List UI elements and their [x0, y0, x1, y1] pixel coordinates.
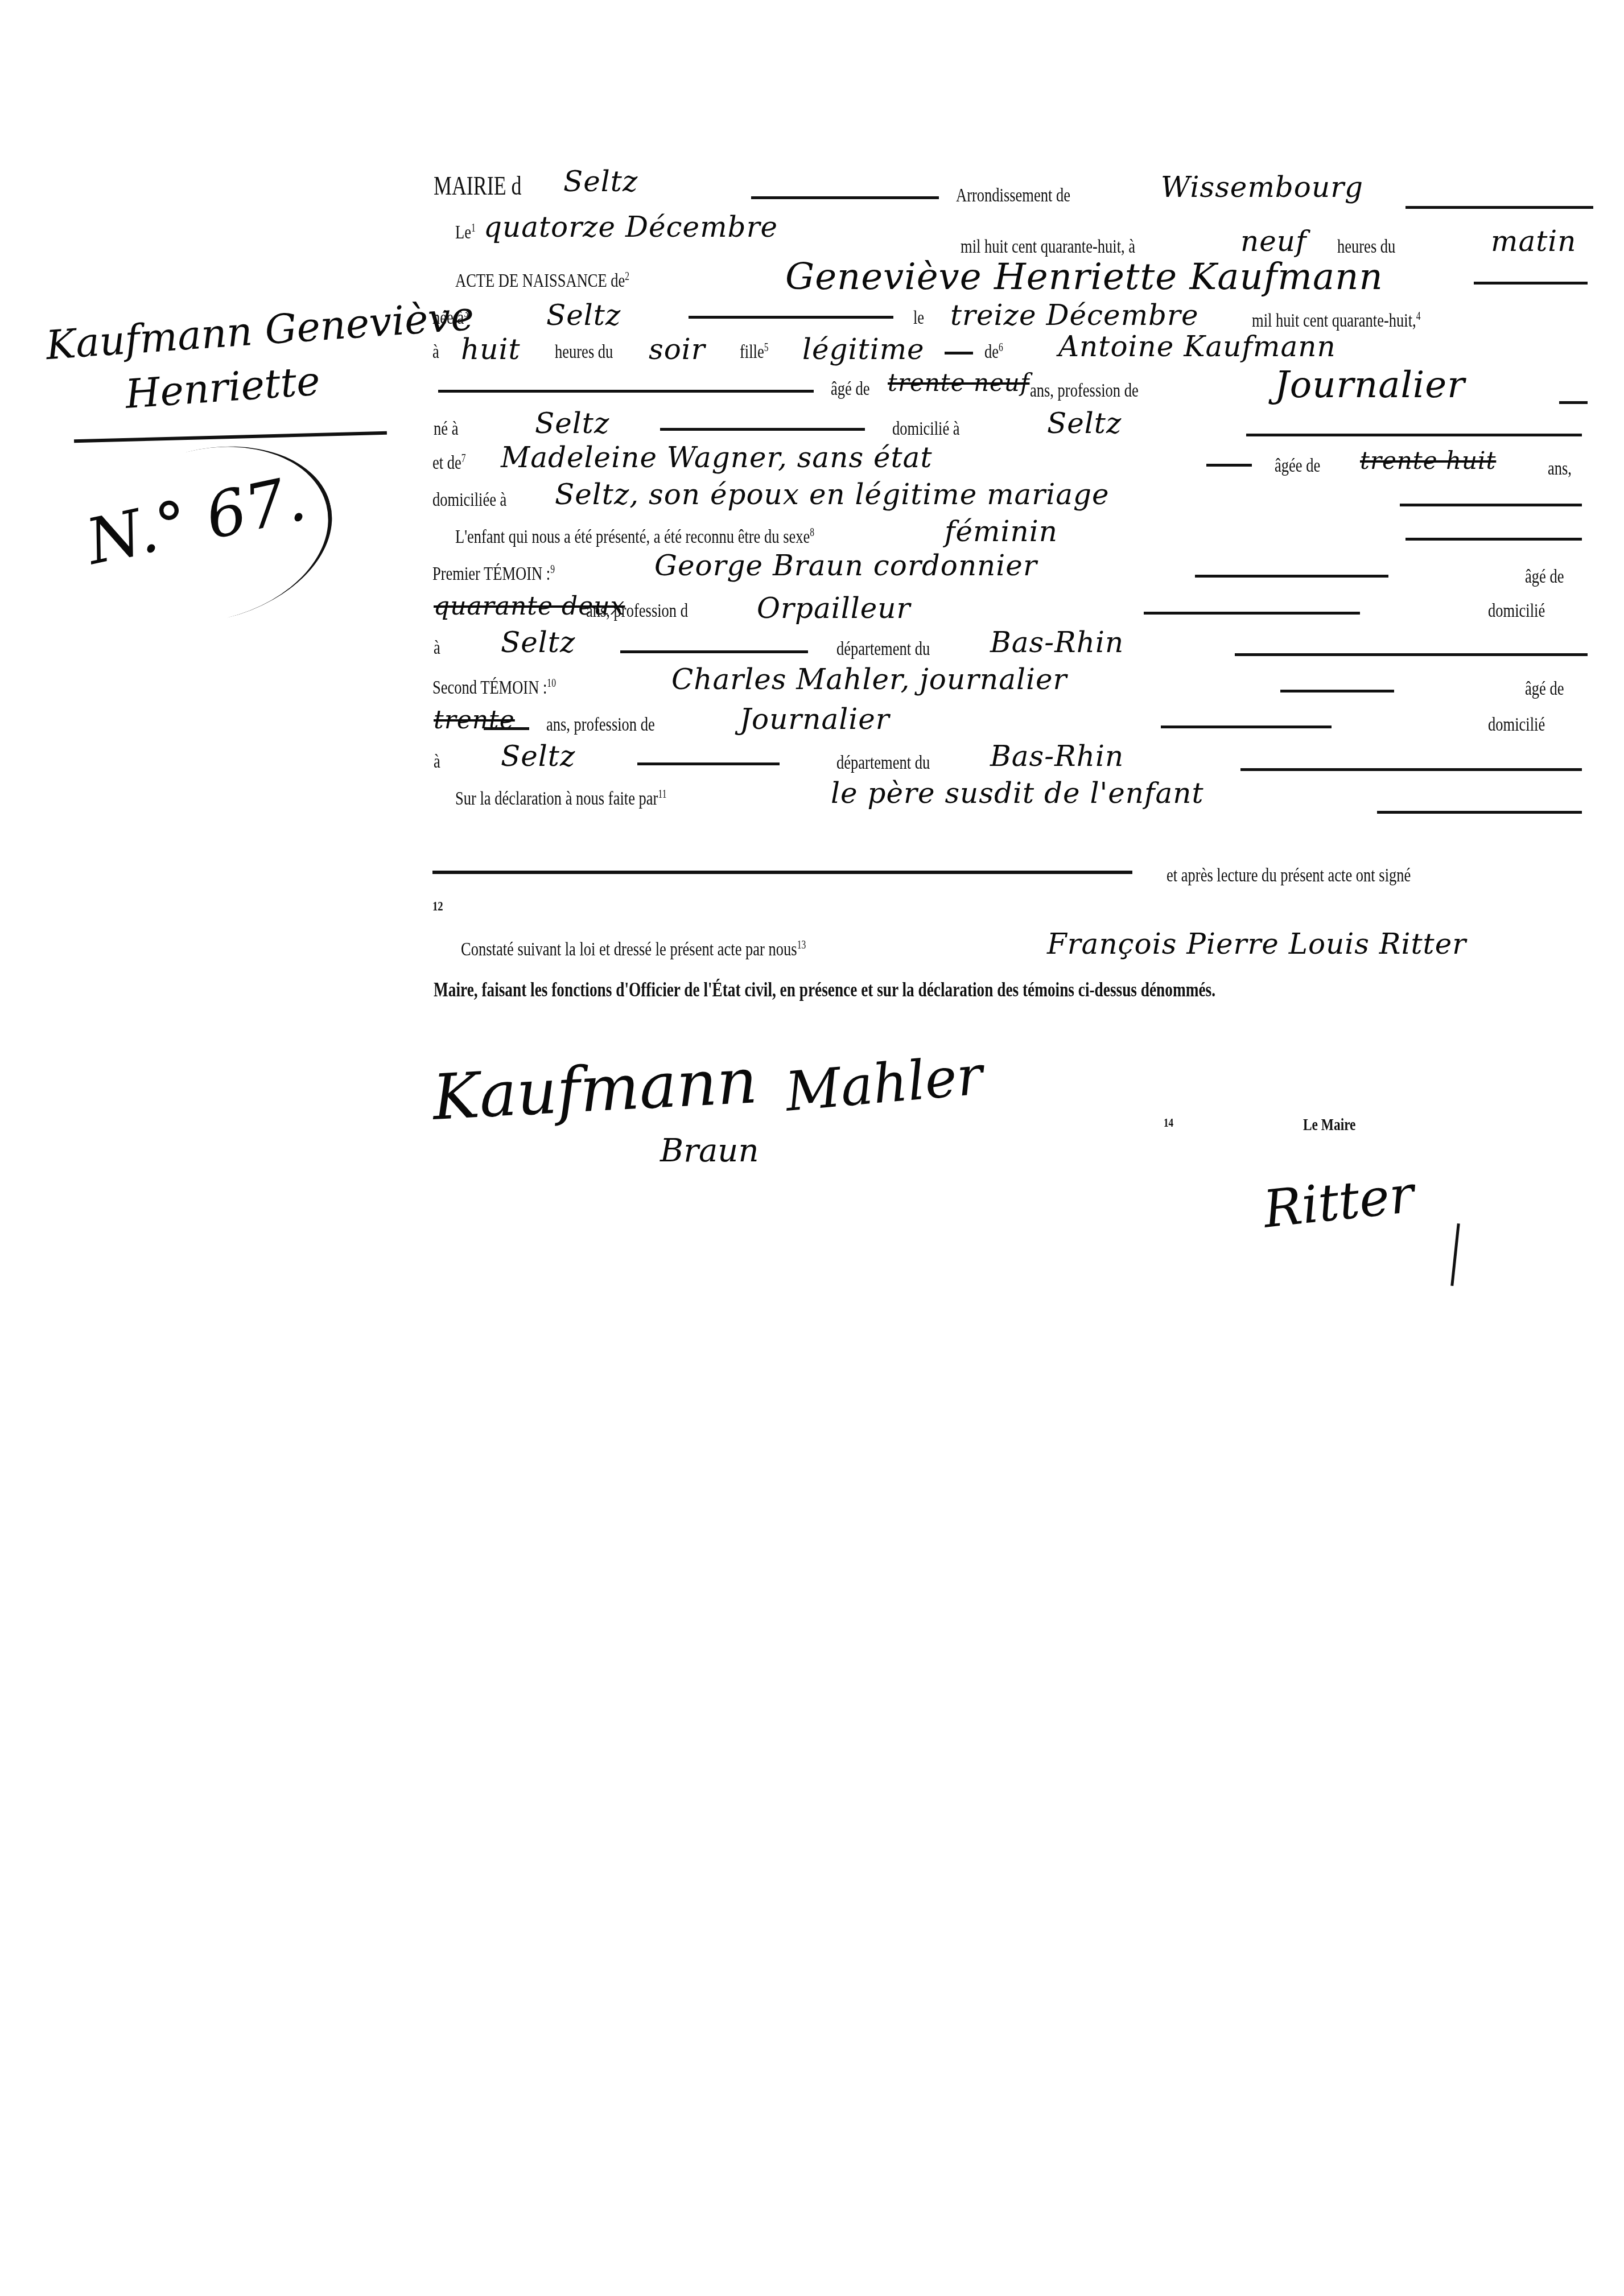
witness2-dept: Bas-Rhin	[990, 740, 1124, 773]
witness2-age-label: âgé de	[1525, 678, 1564, 700]
declaration-date: quatorze Décembre	[484, 211, 778, 244]
rule	[1144, 612, 1360, 615]
hour-label: heures du	[1337, 236, 1395, 258]
mairie-value: Seltz	[563, 165, 638, 198]
birth-certificate-page: Kaufmann Geneviève Henriette N.° 67. MAI…	[0, 0, 1624, 2296]
rule	[1280, 690, 1394, 692]
child-name: Geneviève Henriette Kaufmann	[785, 256, 1383, 298]
father-birthplace: Seltz	[535, 407, 609, 440]
father-age-label: âgé de	[831, 378, 869, 400]
signature-witness1: Braun	[660, 1132, 759, 1169]
rule	[432, 871, 1132, 874]
birth-hour: huit	[461, 333, 521, 366]
father-age: trente neuf	[888, 369, 1029, 397]
le-label: Le1	[455, 222, 476, 244]
year2-label: mil huit cent quarante-huit,4	[1252, 310, 1420, 332]
footnote-12: 12	[432, 899, 443, 914]
rule	[1235, 653, 1588, 656]
mother-domicile-label: domiciliée à	[432, 489, 506, 511]
arrondissement-label: Arrondissement de	[956, 185, 1070, 207]
rule	[1377, 811, 1582, 814]
mairie-label: MAIRIE d	[434, 171, 521, 201]
rule	[438, 390, 814, 393]
signature-witness2: Mahler	[783, 1044, 985, 1124]
witness1-at-label: à	[434, 637, 440, 659]
sex-value: féminin	[945, 515, 1058, 548]
officer-name: François Pierre Louis Ritter	[1047, 928, 1466, 961]
margin-divider	[74, 431, 387, 443]
arrondissement-value: Wissembourg	[1161, 171, 1363, 204]
rule	[1246, 434, 1582, 436]
hours-label: heures du	[555, 341, 613, 363]
witness2-dept-label: département du	[836, 752, 930, 774]
and-of-label: et de7	[432, 452, 466, 474]
father-profession: Journalier	[1275, 364, 1465, 406]
witness2-at-label: à	[434, 751, 440, 773]
witness2-label: Second TÉMOIN :10	[432, 677, 556, 699]
rule	[1559, 401, 1588, 404]
declaration-hour: neuf	[1240, 225, 1307, 258]
father-profession-label: ans, profession de	[1030, 380, 1139, 402]
rule	[637, 762, 780, 765]
mayor-statement: Maire, faisant les fonctions d'Officier …	[434, 979, 1215, 1001]
birth-date-label: le	[913, 307, 924, 329]
declaration-label: Sur la déclaration à nous faite par11	[455, 788, 666, 810]
birth-period: soir	[649, 333, 706, 366]
rule	[751, 196, 939, 199]
mother-domicile: Seltz, son époux en légitime mariage	[555, 478, 1110, 511]
witness2-name: Charles Mahler, journalier	[671, 663, 1067, 696]
daughter-label: fille5	[740, 341, 769, 363]
witness2-profession: Journalier	[740, 703, 890, 736]
sex-label: L'enfant qui nous a été présenté, a été …	[455, 526, 814, 548]
witness2-domicile: Seltz	[501, 740, 575, 773]
birth-date: treize Décembre	[950, 299, 1199, 332]
rule	[1474, 282, 1588, 285]
footnote-14: 14	[1164, 1115, 1173, 1130]
witness1-name: George Braun cordonnier	[654, 549, 1037, 582]
father-name: Antoine Kaufmann	[1058, 330, 1336, 363]
declaration-period: matin	[1491, 225, 1577, 258]
signature-flourish	[1450, 1223, 1460, 1286]
rule	[1240, 768, 1582, 771]
declarant: le père susdit de l'enfant	[831, 777, 1204, 810]
witness2-profession-label: ans, profession de	[546, 714, 655, 736]
rule	[1400, 504, 1582, 506]
signature-father: Kaufmann	[431, 1044, 759, 1134]
rule	[1405, 206, 1593, 209]
margin-name-line1: Kaufmann Geneviève	[44, 292, 476, 369]
rule	[689, 316, 893, 319]
certified-label: Constaté suivant la loi et dressé le pré…	[461, 939, 806, 961]
rule	[1405, 538, 1582, 541]
margin-name-line2: Henriette	[124, 357, 321, 418]
witness1-profession-label: ans, profession d	[586, 600, 688, 622]
at-label: à	[432, 341, 439, 363]
witness1-label: Premier TÉMOIN :9	[432, 563, 555, 585]
year-label: mil huit cent quarante-huit, à	[961, 236, 1135, 258]
of-label: de6	[984, 341, 1003, 363]
signature-mayor: Ritter	[1260, 1164, 1417, 1239]
legitimacy: légitime	[802, 333, 925, 366]
witness1-domicile-label: domicilié	[1488, 600, 1545, 622]
acte-label: ACTE DE NAISSANCE de2	[455, 270, 629, 292]
witness1-profession: Orpailleur	[757, 592, 910, 625]
rule	[1206, 464, 1252, 467]
mayor-label: Le Maire	[1303, 1115, 1355, 1135]
witness1-dept: Bas-Rhin	[990, 626, 1124, 659]
witness1-dept-label: département du	[836, 638, 930, 660]
born-at-label: née à3	[432, 307, 468, 329]
witness2-domicile-label: domicilié	[1488, 714, 1545, 736]
mother-age-label: âgée de	[1275, 455, 1320, 477]
rule	[660, 428, 865, 431]
father-domicile: Seltz	[1047, 407, 1122, 440]
rule	[484, 727, 529, 730]
rule	[1161, 726, 1332, 728]
reading-label: et après lecture du présent acte ont sig…	[1167, 865, 1411, 887]
witness1-age-label: âgé de	[1525, 566, 1564, 588]
mother-age: trente huit	[1360, 447, 1496, 475]
rule	[945, 352, 973, 355]
witness1-domicile: Seltz	[501, 626, 575, 659]
birthplace: Seltz	[546, 299, 621, 332]
years-label: ans,	[1548, 458, 1572, 480]
father-domicile-label: domicilié à	[892, 418, 960, 440]
father-born-label: né à	[434, 418, 458, 440]
record-number-bracket	[63, 421, 351, 648]
rule	[620, 650, 808, 653]
mother-name: Madeleine Wagner, sans état	[501, 441, 933, 474]
witness2-age: trente	[434, 706, 515, 735]
rule	[1195, 575, 1388, 578]
